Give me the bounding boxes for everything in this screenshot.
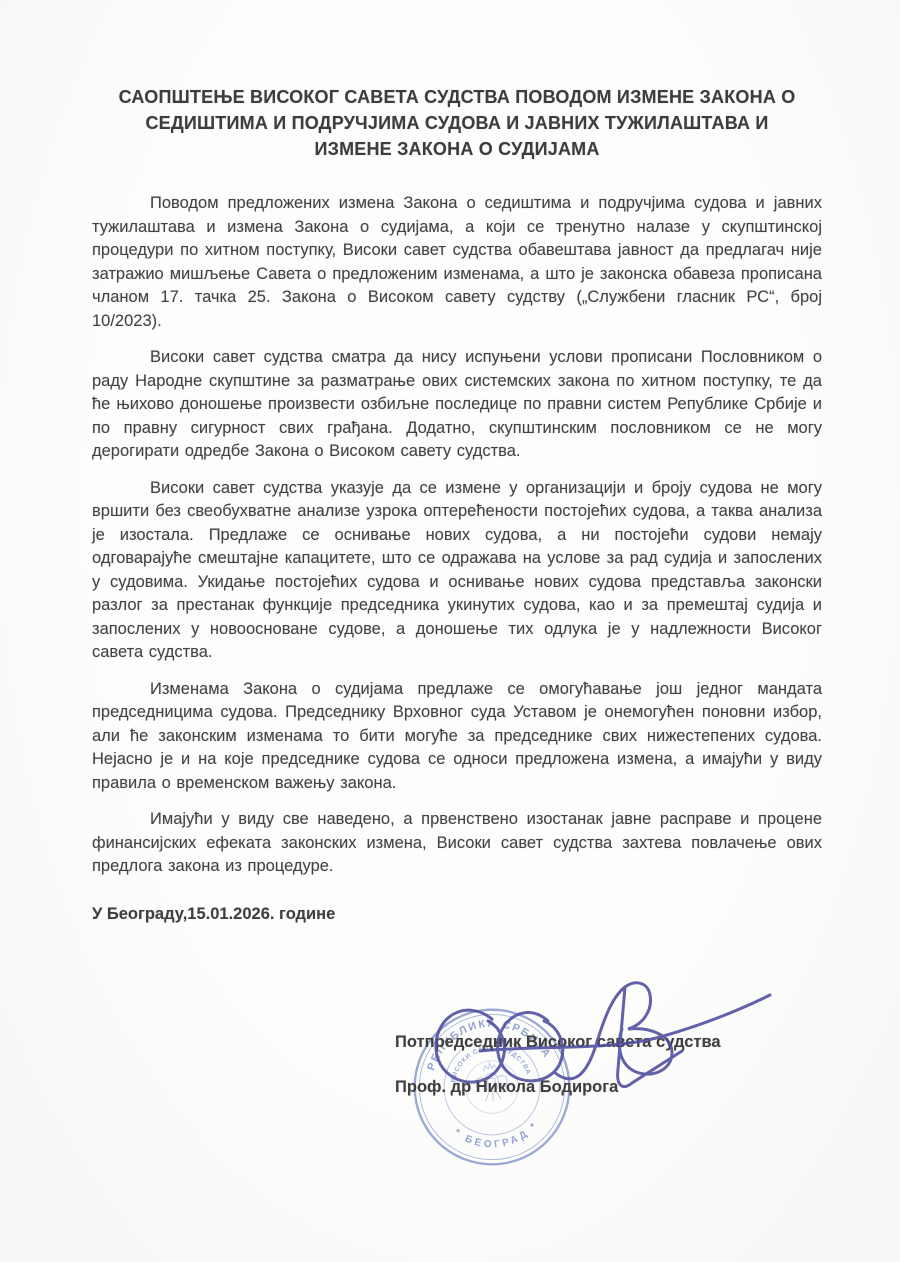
paragraph-5: Имајући у виду све наведено, а првенстве… [92, 808, 822, 879]
handwritten-signature-icon [420, 973, 780, 1113]
document-page: САОПШТЕЊЕ ВИСОКОГ САВЕТА СУДСТВА ПОВОДОМ… [0, 0, 900, 1262]
document-content: САОПШТЕЊЕ ВИСОКОГ САВЕТА СУДСТВА ПОВОДОМ… [92, 84, 822, 924]
date-place-line: У Београду,15.01.2026. године [92, 905, 822, 924]
paragraph-3: Високи савет судства указује да се измен… [92, 477, 822, 665]
title-line-3: ИЗМЕНЕ ЗАКОНА О СУДИЈАМА [92, 136, 822, 162]
paragraph-2: Високи савет судства сматра да нису испу… [92, 346, 822, 464]
document-title: САОПШТЕЊЕ ВИСОКОГ САВЕТА СУДСТВА ПОВОДОМ… [92, 84, 822, 162]
paragraph-1: Поводом предложених измена Закона о седи… [92, 192, 822, 333]
title-line-2: СЕДИШТИМА И ПОДРУЧЈИМА СУДОВА И ЈАВНИХ Т… [92, 110, 822, 136]
paragraph-4: Изменама Закона о судијама предлаже се о… [92, 678, 822, 796]
title-line-1: САОПШТЕЊЕ ВИСОКОГ САВЕТА СУДСТВА ПОВОДОМ… [92, 84, 822, 110]
